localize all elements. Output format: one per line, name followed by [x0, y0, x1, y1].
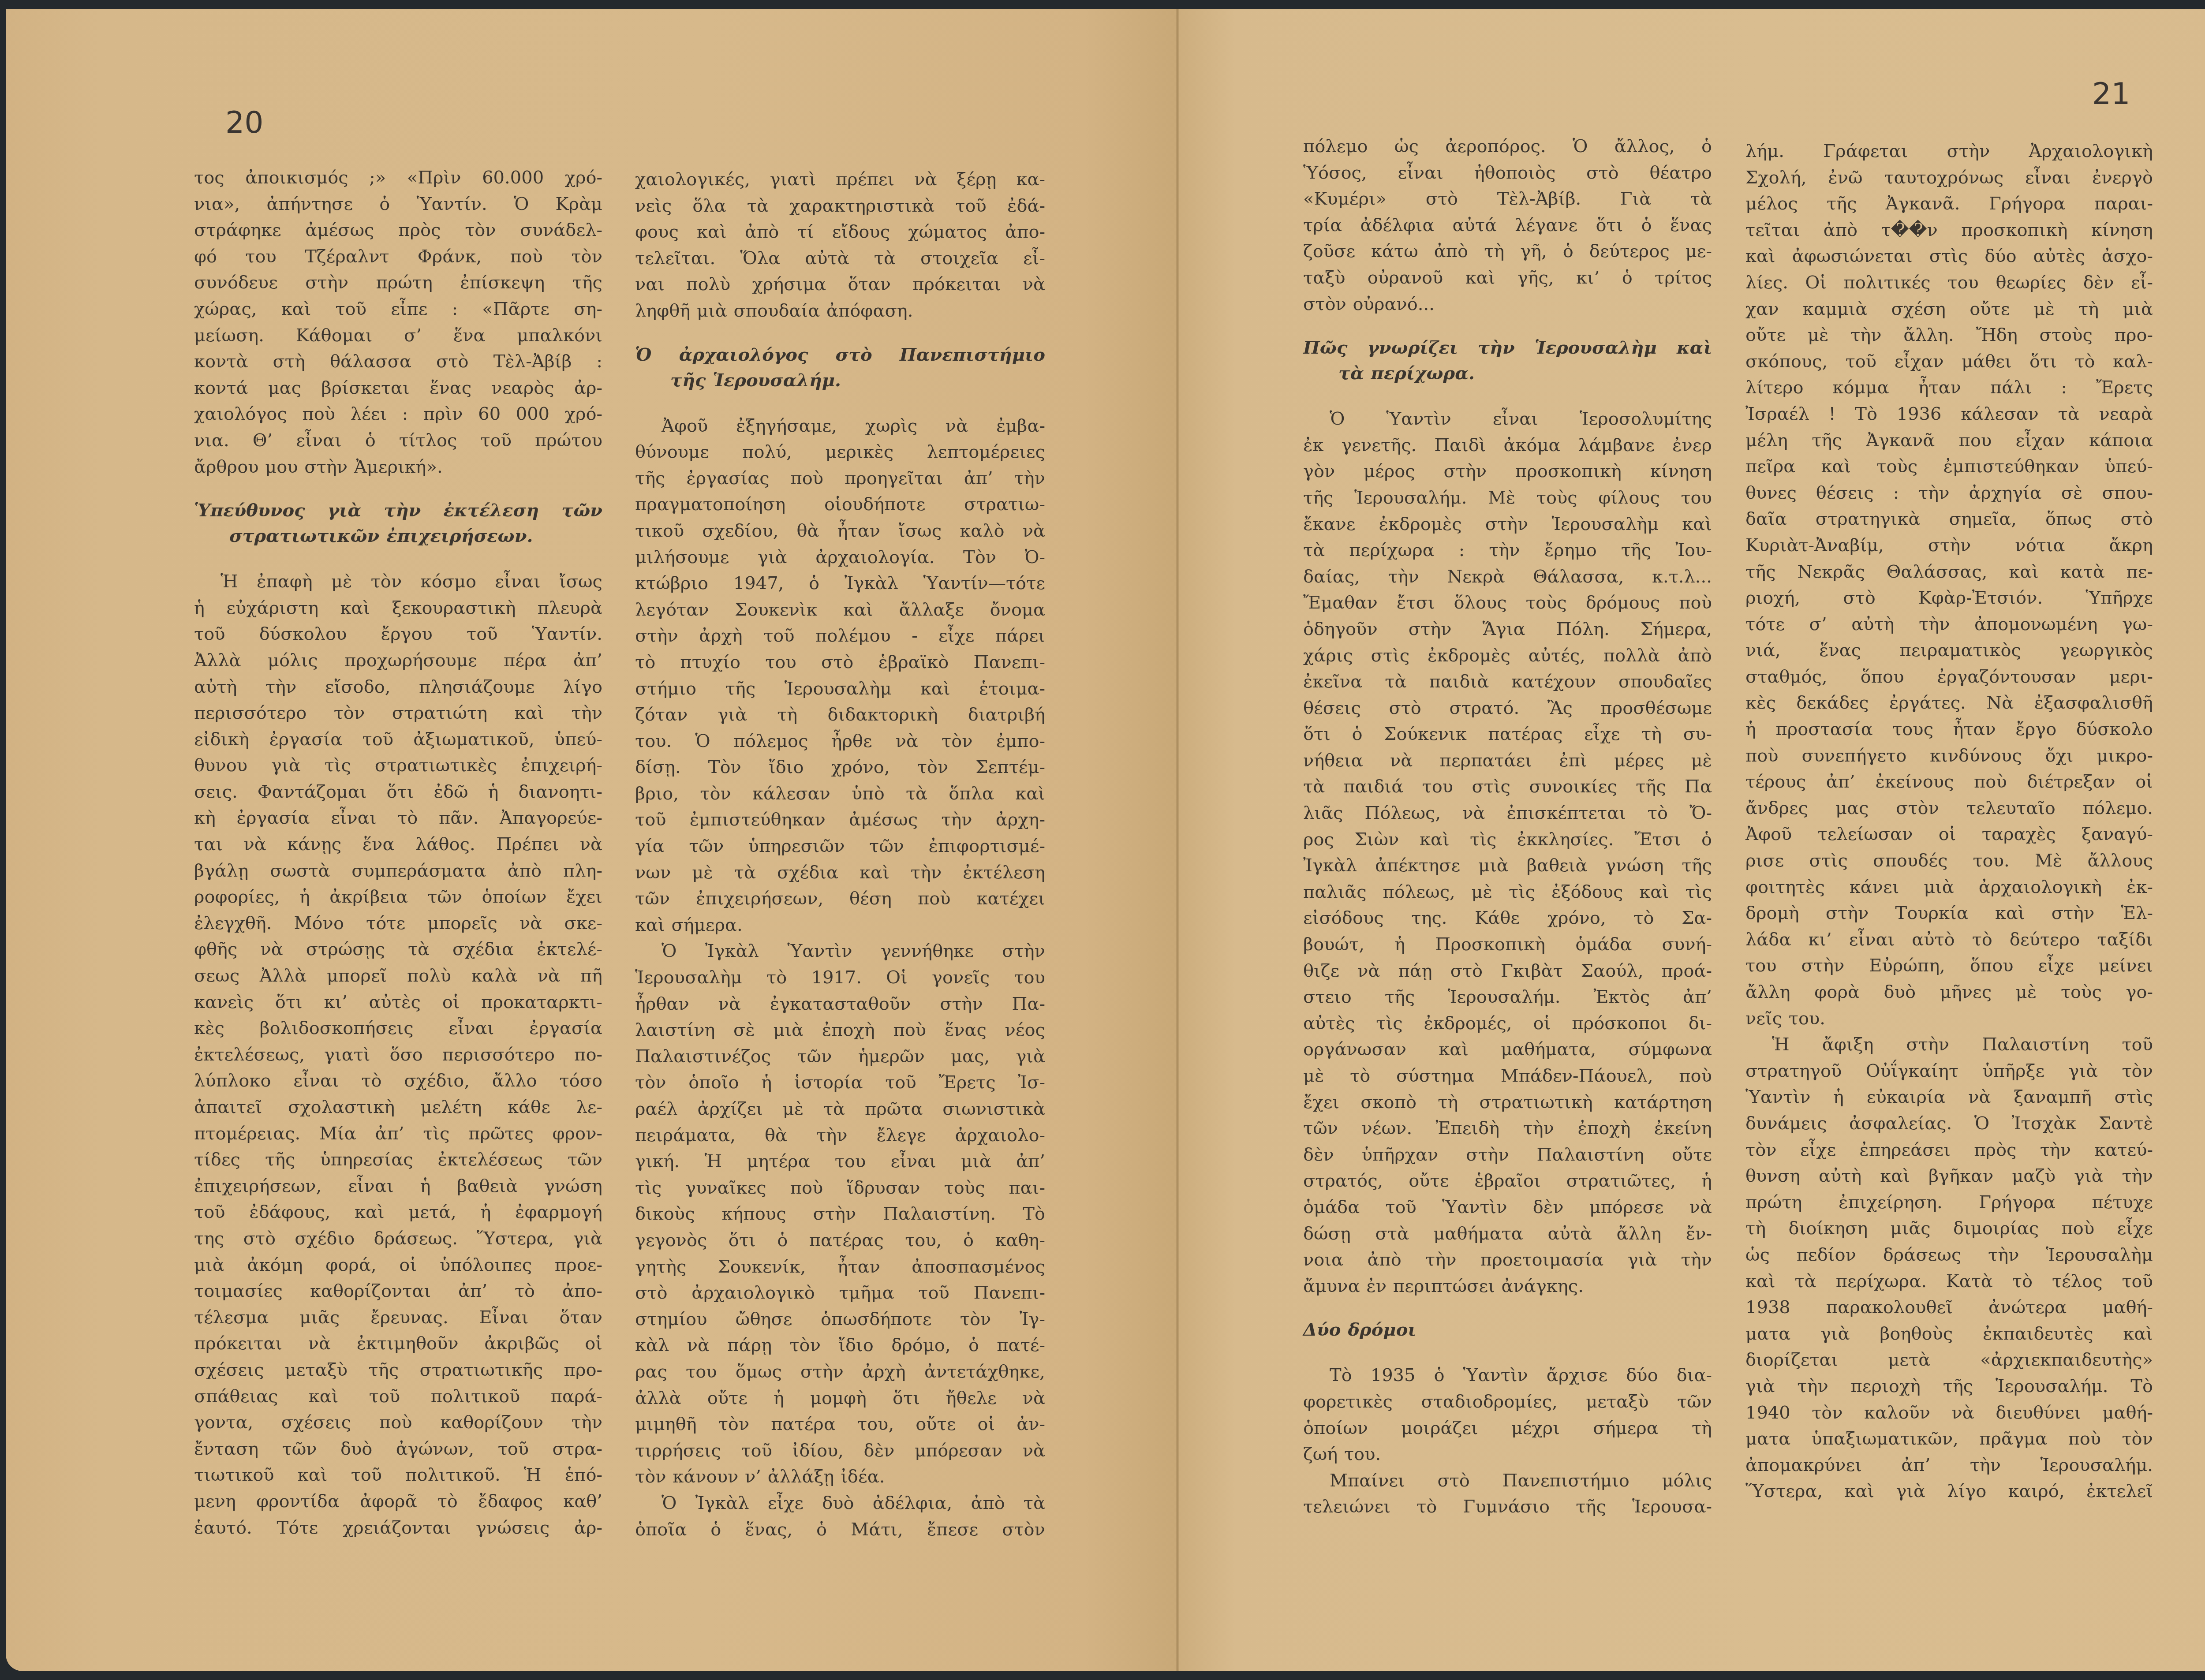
text-line: στρατηγοῦ Οὐΐγκαίητ ὑπῆρξε γιὰ τὸν [1745, 1058, 2153, 1085]
text-line: εἰσόδους της. Κάθε χρόνο, τὸ Σα- [1303, 905, 1712, 932]
text-line: ὁμάδα τοῦ Ὑαντὶν δὲν μπόρεσε νὰ [1303, 1195, 1712, 1221]
text-line: ἀλλὰ οὔτε ἡ μομφὴ ὅτι ἤθελε νὰ [635, 1385, 1045, 1412]
paragraph: Ὁ Ἰγκὰλ εἶχε δυὸ ἀδέλφια, ἀπὸ τὰὁποῖα ὁ … [635, 1490, 1045, 1543]
text-line: κὲς βολιδοσκοπήσεις εἶναι ἐργασία [194, 1015, 602, 1042]
text-line: ἡ εὐχάριστη καὶ ξεκουραστικὴ πλευρὰ [194, 595, 602, 622]
heading-line: Ὑπεύθυνος γιὰ τὴν ἐκτέλεση τῶν [194, 498, 602, 523]
text-line: τὰ περίχωρα : τὴν ἔρημο τῆς Ἰου- [1303, 538, 1712, 564]
text-line: Κυριὰτ-Ἀναβίμ, στὴν νότια ἄκρη [1745, 533, 2153, 559]
text-line: τῆς Ἱερουσαλήμ. Μὲ τοὺς φίλους του [1303, 485, 1712, 511]
text-line: Ἔμαθαν ἔτσι ὅλους τοὺς δρόμους ποὺ [1303, 590, 1712, 616]
text-line: Ὑαντὶν ἡ εὐκαιρία νὰ ξαναμπῆ στὶς [1745, 1084, 2153, 1111]
text-line: τῆς Νεκρᾶς Θαλάσσας, καὶ κατὰ πε- [1745, 559, 2153, 586]
heading-line: τὰ περίχωρα. [1303, 361, 1712, 386]
text-line: θιζε νὰ πάῃ στὸ Γκιβὰτ Σαούλ, προά- [1303, 958, 1712, 985]
text-line: φθῆς νὰ στρώσῃς τὰ σχέδια ἐκτελέ- [194, 937, 602, 963]
text-line: γὸν μέρος στὴν προσκοπικὴ κίνηση [1303, 459, 1712, 485]
text-line: κὰλ νὰ πάρῃ τὸν ἴδιο δρόμο, ὁ πατέ- [635, 1333, 1045, 1359]
text-line: λήμ. Γράφεται στὴν Ἀρχαιολογικὴ [1745, 138, 2153, 165]
text-line: του. Ὁ πόλεμος ἦρθε νὰ τὸν ἐμπο- [635, 728, 1045, 755]
text-line: ζοῦσε κάτω ἀπὸ τὴ γῆ, ὁ δεύτερος με- [1303, 239, 1712, 265]
text-line: Ὑόσος, εἶναι ἠθοποιὸς στὸ θέατρο [1303, 160, 1712, 187]
page-left: 20 τος ἀποικισμός ;» «Πρὶν 60.000 χρό-νι… [6, 9, 1177, 1671]
text-line: Ἰσραέλ ! Τὸ 1936 κάλεσαν τὰ νεαρὰ [1745, 401, 2153, 428]
text-line: πόλεμο ὡς ἀεροπόρος. Ὁ ἄλλος, ὁ [1303, 134, 1712, 160]
text-line: τος ἀποικισμός ;» «Πρὶν 60.000 χρό- [194, 165, 602, 191]
text-line: πρώτη ἐπιχείρηση. Γρήγορα πέτυχε [1745, 1190, 2153, 1216]
heading-line: στρατιωτικῶν ἐπιχειρήσεων. [194, 523, 602, 549]
text-line: ἐκ γενετῆς. Παιδὶ ἀκόμα λάμβανε ἐνερ [1303, 433, 1712, 459]
text-line: παλιᾶς πόλεως, μὲ τὶς ἐξόδους καὶ τὶς [1303, 879, 1712, 906]
text-line: νοια ἀπὸ τὴν προετοιμασία γιὰ τὴν [1303, 1247, 1712, 1273]
page-number: 21 [2092, 79, 2130, 109]
text-line: περισσότερο τὸν στρατιώτη καὶ τὴν [194, 700, 602, 727]
text-line: νήθεια νὰ περπατάει ἐπὶ μέρες μὲ [1303, 748, 1712, 774]
text-line: ἀπαιτεῖ σχολαστικὴ μελέτη κάθε λε- [194, 1094, 602, 1121]
text-line: πεῖρα καὶ τοὺς ἐμπιστεύθηκαν ὑπεύ- [1745, 454, 2153, 480]
text-line: 1938 παρακολουθεῖ ἀνώτερα μαθή- [1745, 1295, 2153, 1321]
text-line: Ἰγκὰλ ἀπέκτησε μιὰ βαθειὰ γνώση τῆς [1303, 853, 1712, 879]
text-line: σεως Ἀλλὰ μπορεῖ πολὺ καλὰ νὰ πῆ [194, 963, 602, 989]
text-line: τὸν κάνουν ν’ ἀλλάξῃ ἰδέα. [635, 1464, 1045, 1490]
text-line: τοιμασίες καθορίζονται ἀπ’ τὸ ἀπο- [194, 1278, 602, 1305]
text-line: στήμιο τῆς Ἱερουσαλὴμ καὶ ἑτοιμα- [635, 676, 1045, 702]
text-line: κοντά μας βρίσκεται ἕνας νεαρὸς ἀρ- [194, 375, 602, 402]
text-line: στειο τῆς Ἱερουσαλήμ. Ἐκτὸς ἀπ’ [1303, 984, 1712, 1011]
text-line: γία τῶν ὑπηρεσιῶν τῶν ἐπιφορτισμέ- [635, 833, 1045, 860]
text-line: σπάθειας καὶ τοῦ πολιτικοῦ παρά- [194, 1384, 602, 1410]
text-line: λεγόταν Σουκενὶκ καὶ ἄλλαξε ὄνομα [635, 597, 1045, 623]
text-line: τότε σ’ αὐτὴ τὴν ἀπομονωμένη γω- [1745, 612, 2153, 638]
text-line: μενη φροντίδα ἀφορᾶ τὸ ἔδαφος καθ’ [194, 1489, 602, 1515]
heading-line: Ὁ ἀρχαιολόγος στὸ Πανεπιστήμιο [635, 342, 1045, 368]
text-line: ἔνταση τῶν δυὸ ἀγώνων, τοῦ στρα- [194, 1436, 602, 1463]
text-line: ληφθῆ μιὰ σπουδαία ἀπόφαση. [635, 298, 1045, 325]
text-line: χαιολογικές, γιατὶ πρέπει νὰ ξέρῃ κα- [635, 167, 1045, 193]
text-line: στημίου ὤθησε ὁπωσδήποτε τὸν Ἰγ- [635, 1307, 1045, 1333]
text-line: μιμηθῆ τὸν πατέρα του, οὔτε οἱ ἀν- [635, 1411, 1045, 1438]
text-line: μέλη τῆς Ἀγκανᾶ που εἶχαν κάποια [1745, 428, 2153, 454]
text-line: θύνουμε πολύ, μερικὲς λεπτομέρειες [635, 439, 1045, 466]
text-line: ὁποίων μοιράζει μέχρι σήμερα τὴ [1303, 1415, 1712, 1442]
text-column: χαιολογικές, γιατὶ πρέπει νὰ ξέρῃ κα-νεὶ… [635, 167, 1045, 1543]
text-column: πόλεμο ὡς ἀεροπόρος. Ὁ ἄλλος, ὁὙόσος, εἶ… [1303, 134, 1712, 1520]
text-line: μιλήσουμε γιὰ ἀρχαιολογία. Τὸν Ὀ- [635, 545, 1045, 571]
text-line: δὲν ὑπῆρχαν στὴν Παλαιστίνη οὔτε [1303, 1142, 1712, 1169]
text-line: θέσεις στὸ στρατό. Ἂς προσθέσωμε [1303, 695, 1712, 722]
text-line: κὲς δεκάδες ἐργάτες. Νὰ ἐξασφαλισθῆ [1745, 690, 2153, 717]
text-line: τοῦ δύσκολου ἔργου τοῦ Ὑαντίν. [194, 621, 602, 648]
text-line: ἀπομακρύνει ἀπ’ τὴν Ἱερουσαλήμ. [1745, 1452, 2153, 1479]
paragraph: Ὁ Ὑαντὶν εἶναι Ἱεροσολυμίτηςἐκ γενετῆς. … [1303, 406, 1712, 1299]
text-line: γιὰ τὴν περιοχὴ τῆς Ἱερουσαλήμ. Τὸ [1745, 1374, 2153, 1400]
text-line: τέρους ἀπ’ ἐκείνους ποὺ διέτρεξαν οἱ [1745, 769, 2153, 795]
text-line: στράφηκε ἀμέσως πρὸς τὸν συνάδελ- [194, 217, 602, 244]
heading-line: Δύο δρόμοι [1303, 1317, 1712, 1343]
text-line: λαιστίνη σὲ μιὰ ἐποχὴ ποὺ ἕνας νέος [635, 1017, 1045, 1044]
text-line: μείωση. Κάθομαι σ’ ἕνα μπαλκόνι [194, 323, 602, 349]
text-line: λύπλοκο εἶναι τὸ σχέδιο, ἄλλο τόσο [194, 1068, 602, 1094]
text-line: οὔτε μὲ τὴν ἄλλη. Ἤδη στοὺς προ- [1745, 322, 2153, 349]
text-line: ζόταν γιὰ τὴ διδακτορικὴ διατριβή [635, 702, 1045, 728]
text-line: χώρας, καὶ τοῦ εἶπε : «Πᾶρτε ση- [194, 296, 602, 323]
text-line: τῶν νέων. Ἐπειδὴ τὴν ἐποχὴ ἐκείνη [1303, 1116, 1712, 1142]
text-line: τὶς γυναῖκες ποὺ ἵδρυσαν τοὺς παι- [635, 1175, 1045, 1202]
text-line: ὁδηγοῦν στὴν Ἅγια Πόλη. Σήμερα, [1303, 616, 1712, 643]
text-line: τῶν ἐπιχειρήσεων, θέση ποὺ κατέχει [635, 886, 1045, 912]
text-line: τελεῖται. Ὅλα αὐτὰ τὰ στοιχεῖα εἶ- [635, 246, 1045, 272]
text-line: Ὕστερα, καὶ γιὰ λίγο καιρό, ἐκτελεῖ [1745, 1478, 2153, 1505]
text-line: δώσῃ στὰ μαθήματα αὐτὰ ἄλλη ἔν- [1303, 1221, 1712, 1247]
section-heading: Πῶς γνωρίζει τὴν Ἱερουσαλὴμ καὶτὰ περίχω… [1303, 335, 1712, 386]
text-line: κτώβριο 1947, ὁ Ἰγκὰλ Ὑαντίν—τότε [635, 571, 1045, 597]
text-line: ται νὰ κάνῃς ἕνα λάθος. Πρέπει νὰ [194, 832, 602, 858]
text-line: τικοῦ σχεδίου, θὰ ἦταν ἴσως καλὸ νὰ [635, 518, 1045, 545]
text-line: φους καὶ ἀπὸ τί εἴδους χώματος ἀπο- [635, 219, 1045, 246]
paragraph: Ἡ ἄφιξη στὴν Παλαιστίνη τοῦστρατηγοῦ Οὐΐ… [1745, 1032, 2153, 1505]
text-line: κοντὰ στὴ θάλασσα στὸ Τὲλ-Ἀβίβ : [194, 349, 602, 375]
text-line: της στὸ σχέδιο δράσεως. Ὕστερα, γιὰ [194, 1226, 602, 1252]
text-line: δαίας, τὴν Νεκρὰ Θάλασσα, κ.τ.λ... [1303, 564, 1712, 590]
gutter-fold [1176, 9, 1179, 1671]
text-line: ζωή του. [1303, 1441, 1712, 1468]
text-line: τὸν ὁποῖο ἡ ἱστορία τοῦ Ἔρετς Ἰσ- [635, 1070, 1045, 1096]
text-line: «Κυμέρι» στὸ Τὲλ-Ἀβίβ. Γιὰ τὰ [1303, 186, 1712, 213]
text-line: σεις. Φαντάζομαι ὅτι ἐδῶ ἡ διανοητι- [194, 779, 602, 806]
text-line: ροφορίες, ἡ ἀκρίβεια τῶν ὁποίων ἔχει [194, 884, 602, 911]
text-line: σταθμός, ὅπου ἐργαζόντουσαν μερι- [1745, 664, 2153, 691]
page-number: 20 [225, 108, 264, 138]
text-line: στὸν οὐρανό... [1303, 291, 1712, 318]
text-line: Ἀφοῦ τελείωσαν οἱ ταραχὲς ξαναγύ- [1745, 821, 2153, 848]
text-line: δυνάμεις ἀσφαλείας. Ὁ Ἰτσχὰκ Σαντὲ [1745, 1111, 2153, 1137]
text-line: καὶ σήμερα. [635, 912, 1045, 939]
text-line: ἄμυνα ἐν περιπτώσει ἀνάγκης. [1303, 1273, 1712, 1300]
text-line: λιᾶς Πόλεως, νὰ ἐπισκέπτεται τὸ Ὄ- [1303, 800, 1712, 827]
text-line: ἄλλη φορὰ δυὸ μῆνες μὲ τοὺς γο- [1745, 979, 2153, 1006]
paragraph: Ἡ ἐπαφὴ μὲ τὸν κόσμο εἶναι ἴσωςἡ εὐχάρισ… [194, 569, 602, 1541]
text-line: λάδα κι’ εἶναι αὐτὸ τὸ δεύτερο ταξίδι [1745, 927, 2153, 953]
text-line: στρατός, οὔτε ἑβραῖοι στρατιῶτες, ἡ [1303, 1168, 1712, 1195]
text-line: ποὺ συνεπήγετο κινδύνους ὄχι μικρο- [1745, 743, 2153, 769]
paragraph: Ὁ Ἰγκὰλ Ὑαντὶν γεννήθηκε στὴνἹερουσαλὴμ … [635, 938, 1045, 1490]
text-line: εἰδικὴ ἐργασία τοῦ ἀξιωματικοῦ, ὑπεύ- [194, 727, 602, 753]
paragraph: πόλεμο ὡς ἀεροπόρος. Ὁ ἄλλος, ὁὙόσος, εἶ… [1303, 134, 1712, 317]
text-line: ἔχει σκοπὸ τὴ στρατιωτικὴ κατάρτηση [1303, 1090, 1712, 1116]
text-line: τεῖται ἀπὸ τ��ν προσκοπικὴ κίνηση [1745, 217, 2153, 244]
text-line: τὸν εἶχε ἐπηρεάσει πρὸς τὴν κατεύ- [1745, 1137, 2153, 1164]
text-line: τὸ πτυχίο του στὸ ἑβραϊκὸ Πανεπι- [635, 650, 1045, 676]
text-line: θυνες θέσεις : τὴν ἀρχηγία σὲ σπου- [1745, 480, 2153, 507]
text-line: τελειώνει τὸ Γυμνάσιο τῆς Ἱερουσα- [1303, 1494, 1712, 1520]
text-line: στὸ ἀρχαιολογικὸ τμῆμα τοῦ Πανεπι- [635, 1280, 1045, 1307]
text-line: θυνση αὐτὴ καὶ βγῆκαν μαζὺ γιὰ τὴν [1745, 1163, 2153, 1190]
text-line: ἄρθρου μου στὴν Ἀμερική». [194, 454, 602, 481]
text-line: 1940 τὸν καλοῦν νὰ διευθύνει μαθή- [1745, 1400, 2153, 1426]
text-line: βγάλῃ σωστὰ συμπεράσματα ἀπὸ πλη- [194, 858, 602, 885]
text-line: ρας του ὅμως στὴν ἀρχὴ ἀντετάχθηκε, [635, 1359, 1045, 1385]
text-line: δαῖα στρατηγικὰ σημεῖα, ὅπως στὸ [1745, 506, 2153, 533]
text-line: ρος Σιὼν καὶ τὶς ἐκκλησίες. Ἔτσι ὁ [1303, 827, 1712, 853]
text-line: νια. Θ’ εἶναι ὁ τίτλος τοῦ πρώτου [194, 428, 602, 454]
text-line: ταξὺ οὐρανοῦ καὶ γῆς, κι’ ὁ τρίτος [1303, 265, 1712, 291]
text-line: δικοὺς κήπους στὴν Παλαιστίνη. Τὸ [635, 1201, 1045, 1228]
text-line: ἦρθαν νὰ ἐγκατασταθοῦν στὴν Πα- [635, 991, 1045, 1018]
text-line: κανεὶς ὅτι κι’ αὐτὲς οἱ προκαταρκτι- [194, 989, 602, 1016]
text-line: διορίζεται μετὰ «ἀρχιεκπαιδευτὴς» [1745, 1347, 2153, 1374]
text-line: τῆς ἐργασίας ποὺ προηγεῖται ἀπ’ τὴν [635, 466, 1045, 492]
text-line: νων μὲ τὰ σχέδια καὶ τὴν ἐκτέλεση [635, 860, 1045, 886]
text-column: τος ἀποικισμός ;» «Πρὶν 60.000 χρό-νια»,… [194, 165, 602, 1541]
text-line: τοῦ ἐδάφους, καὶ μετά, ἡ ἐφαρμογή [194, 1199, 602, 1226]
text-line: ὡς πεδίον δράσεως τὴν Ἱερουσαλὴμ [1745, 1242, 2153, 1269]
text-line: ριοχή, στὸ Κφὰρ-Ἐτσιόν. Ὑπῆρχε [1745, 585, 2153, 612]
paragraph: Τὸ 1935 ὁ Ὑαντὶν ἄρχισε δύο δια-φορετικὲ… [1303, 1363, 1712, 1467]
text-line: λίτερο κόμμα ἦταν πάλι : Ἔρετς [1745, 375, 2153, 401]
text-line: τοῦ ἐμπιστεύθηκαν ἀμέσως τὴν ἀρχη- [635, 807, 1045, 833]
text-line: Ἀφοῦ ἐξηγήσαμε, χωρὶς νὰ ἐμβα- [635, 413, 1045, 440]
text-line: δρομὴ στὴν Τουρκία καὶ στὴν Ἑλ- [1745, 900, 2153, 927]
text-line: πειράματα, θὰ τὴν ἔλεγε ἀρχαιολο- [635, 1123, 1045, 1149]
text-line: Ὁ Ἰγκὰλ Ὑαντὶν γεννήθηκε στὴν [635, 938, 1045, 965]
heading-line: τῆς Ἱερουσαλήμ. [635, 368, 1045, 393]
text-line: βριο, τὸν κάλεσαν ὑπὸ τὰ ὅπλα καὶ [635, 781, 1045, 807]
text-line: Μπαίνει στὸ Πανεπιστήμιο μόλις [1303, 1468, 1712, 1494]
text-line: αὐτὴ τὴν εἴσοδο, πλησιάζουμε λίγο [194, 674, 602, 701]
paragraph: Μπαίνει στὸ Πανεπιστήμιο μόλιςτελειώνει … [1303, 1468, 1712, 1520]
text-line: ματα γιὰ βοηθοὺς ἐκπαιδευτὲς καὶ [1745, 1321, 2153, 1348]
text-line: χαν καμμιὰ σχέση οὔτε μὲ τὴ μιὰ [1745, 296, 2153, 323]
text-line: Σχολή, ἐνῶ ταυτοχρόνως εἶναι ἐνεργὸ [1745, 165, 2153, 191]
text-line: τὰ παιδιά του στὶς συνοικίες τῆς Πα [1303, 774, 1712, 800]
text-line: Ὁ Ὑαντὶν εἶναι Ἱεροσολυμίτης [1303, 406, 1712, 433]
section-heading: Δύο δρόμοι [1303, 1317, 1712, 1343]
text-line: ἄνδρες μας στὸν τελευταῖο πόλεμο. [1745, 795, 2153, 822]
text-line: οργάνωσαν καὶ μαθήματα, σύμφωνα [1303, 1037, 1712, 1063]
text-line: τιωτικοῦ καὶ τοῦ πολιτικοῦ. Ἡ ἑπό- [194, 1462, 602, 1489]
text-line: ὅτι ὁ Σούκενικ πατέρας εἶχε τὴ συ- [1303, 721, 1712, 748]
section-heading: Ὁ ἀρχαιολόγος στὸ Πανεπιστήμιοτῆς Ἱερουσ… [635, 342, 1045, 393]
text-line: καὶ ἀφωσιώνεται στὶς δύο αὐτὲς ἀσχο- [1745, 243, 2153, 270]
text-line: νεὶς ὅλα τὰ χαρακτηριστικὰ τοῦ ἐδά- [635, 193, 1045, 220]
text-line: συνόδευε στὴν πρώτη ἐπίσκεψη τῆς [194, 270, 602, 296]
text-line: χαιολόγος ποὺ λέει : πρὶν 60 000 χρό- [194, 401, 602, 428]
text-line: γεγονὸς ὅτι ὁ πατέρας του, ὁ καθη- [635, 1228, 1045, 1254]
page-right: 21 πόλεμο ὡς ἀεροπόρος. Ὁ ἄλλος, ὁὙόσος,… [1177, 9, 2205, 1671]
text-line: ἡ προστασία τους ἦταν ἔργο δύσκολο [1745, 717, 2153, 743]
text-line: νιά, ἕνας πειραματικὸς γεωργικὸς [1745, 638, 2153, 664]
text-line: ὁποῖα ὁ ἕνας, ὁ Μάτι, ἔπεσε στὸν [635, 1517, 1045, 1543]
text-line: αὐτὲς τὶς ἐκδρομές, οἱ πρόσκοποι δι- [1303, 1011, 1712, 1037]
text-line: νια», ἀπήντησε ὁ Ὑαντίν. Ὁ Κρὰμ [194, 191, 602, 218]
text-line: χάρις στὶς ἐκδρομὲς αὐτές, πολλὰ ἀπὸ [1303, 643, 1712, 669]
text-line: ναι πολὺ χρήσιμα ὅταν πρόκειται νὰ [635, 272, 1045, 298]
text-line: Ὁ Ἰγκὰλ εἶχε δυὸ ἀδέλφια, ἀπὸ τὰ [635, 1490, 1045, 1517]
text-line: τέλεσμα μιᾶς ἔρευνας. Εἶναι ὅταν [194, 1305, 602, 1331]
text-line: φοιτητὲς κάνει μιὰ ἀρχαιολογικὴ ἐκ- [1745, 874, 2153, 901]
text-line: Ἡ ἐπαφὴ μὲ τὸν κόσμο εἶναι ἴσως [194, 569, 602, 595]
paragraph: λήμ. Γράφεται στὴν ἈρχαιολογικὴΣχολή, ἐν… [1745, 138, 2153, 1032]
text-line: Ἡ ἄφιξη στὴν Παλαιστίνη τοῦ [1745, 1032, 2153, 1058]
text-line: ἐκεῖνα τὰ παιδιὰ κατέχουν σπουδαῖες [1303, 669, 1712, 695]
text-line: φό του Τζέραλντ Φράνκ, ποὺ τὸν [194, 244, 602, 270]
text-line: ἐπιχειρήσεων, εἶναι ἡ βαθειὰ γνώση [194, 1173, 602, 1200]
text-line: πρόκειται νὰ ἐκτιμηθοῦν ἀκριβῶς οἱ [194, 1331, 602, 1357]
text-line: μὲ τὸ σύστημα Μπάδεν-Πάουελ, ποὺ [1303, 1063, 1712, 1090]
paragraph: τος ἀποικισμός ;» «Πρὶν 60.000 χρό-νια»,… [194, 165, 602, 480]
text-line: τρία ἀδέλφια αὐτά λέγανε ὅτι ὁ ἕνας [1303, 213, 1712, 239]
text-line: πτομέρειας. Μία ἀπ’ τὶς πρῶτες φρον- [194, 1121, 602, 1147]
text-line: θυνου γιὰ τὶς στρατιωτικὲς ἐπιχειρή- [194, 753, 602, 779]
text-column: λήμ. Γράφεται στὴν ἈρχαιολογικὴΣχολή, ἐν… [1745, 138, 2153, 1505]
text-line: ἑαυτό. Τότε χρειάζονται γνώσεις ἀρ- [194, 1515, 602, 1542]
text-line: σκόπους, τοῦ εἶχαν μάθει ὅτι τὸ καλ- [1745, 349, 2153, 375]
text-line: Τὸ 1935 ὁ Ὑαντὶν ἄρχισε δύο δια- [1303, 1363, 1712, 1389]
text-line: νεῖς του. [1745, 1006, 2153, 1032]
text-line: τιρρήσεις τοῦ ἰδίου, δὲν μπόρεσαν νὰ [635, 1438, 1045, 1464]
text-line: πραγματοποίηση οἱουδήποτε στρατιω- [635, 492, 1045, 518]
text-line: του στὴν Εὐρώπη, ὅπου εἶχε μείνει [1745, 953, 2153, 979]
text-line: ρισε στὶς σπουδές του. Μὲ ἄλλους [1745, 848, 2153, 874]
text-line: λίες. Οἱ πολιτικές του θεωρίες δὲν εἶ- [1745, 270, 2153, 296]
text-line: βουώτ, ἡ Προσκοπικὴ ὁμάδα συνή- [1303, 932, 1712, 958]
text-line: φορετικὲς σταδιοδρομίες, μεταξὺ τῶν [1303, 1389, 1712, 1415]
text-line: Ἱερουσαλὴμ τὸ 1917. Οἱ γονεῖς του [635, 965, 1045, 991]
heading-line: Πῶς γνωρίζει τὴν Ἱερουσαλὴμ καὶ [1303, 335, 1712, 361]
text-line: Ἀλλὰ μόλις προχωρήσουμε πέρα ἀπ’ [194, 648, 602, 674]
section-heading: Ὑπεύθυνος γιὰ τὴν ἐκτέλεση τῶνστρατιωτικ… [194, 498, 602, 549]
text-line: καὶ τὰ περίχωρα. Κατὰ τὸ τέλος τοῦ [1745, 1269, 2153, 1295]
text-line: στὴν ἀρχὴ τοῦ πολέμου - εἶχε πάρει [635, 623, 1045, 650]
text-line: τίδες τῆς ὑπηρεσίας ἐκτελέσεως τῶν [194, 1147, 602, 1173]
text-line: μέλος τῆς Ἀγκανᾶ. Γρήγορα παραι- [1745, 191, 2153, 217]
paragraph: χαιολογικές, γιατὶ πρέπει νὰ ξέρῃ κα-νεὶ… [635, 167, 1045, 325]
text-line: γοντα, σχέσεις ποὺ καθορίζουν τὴν [194, 1410, 602, 1436]
text-line: ματα ὑπαξιωματικῶν, πρᾶγμα ποὺ τὸν [1745, 1426, 2153, 1452]
paragraph: Ἀφοῦ ἐξηγήσαμε, χωρὶς νὰ ἐμβα-θύνουμε πο… [635, 413, 1045, 939]
text-line: μιὰ ἀκόμη φορά, οἱ ὑπόλοιπες προε- [194, 1252, 602, 1279]
text-line: κὴ ἐργασία εἶναι τὸ πᾶν. Ἀπαγορεύε- [194, 805, 602, 832]
text-line: σχέσεις μεταξὺ τῆς στρατιωτικῆς προ- [194, 1357, 602, 1384]
text-line: γητὴς Σουκενίκ, ἦταν ἀποσπασμένος [635, 1254, 1045, 1281]
scanned-book-spread: 20 τος ἀποικισμός ;» «Πρὶν 60.000 χρό-νι… [0, 0, 2205, 1680]
text-line: τὴ διοίκηση μιᾶς διμοιρίας ποὺ εἶχε [1745, 1216, 2153, 1242]
text-line: Παλαιστινέζος τῶν ἡμερῶν μας, γιὰ [635, 1044, 1045, 1070]
text-line: ἐλεγχθῆ. Μόνο τότε μπορεῖς νὰ σκε- [194, 911, 602, 937]
text-line: δίσῃ. Τὸν ἴδιο χρόνο, τὸν Σεπτέμ- [635, 754, 1045, 781]
text-line: ἔκανε ἐκδρομὲς στὴν Ἱερουσαλὴμ καὶ [1303, 511, 1712, 538]
text-line: γική. Ἡ μητέρα του εἶναι μιὰ ἀπ’ [635, 1149, 1045, 1175]
text-line: ἐκτελέσεως, γιατὶ ὅσο περισσότερο πο- [194, 1042, 602, 1068]
text-line: ραέλ ἀρχίζει μὲ τὰ πρῶτα σιωνιστικὰ [635, 1096, 1045, 1123]
